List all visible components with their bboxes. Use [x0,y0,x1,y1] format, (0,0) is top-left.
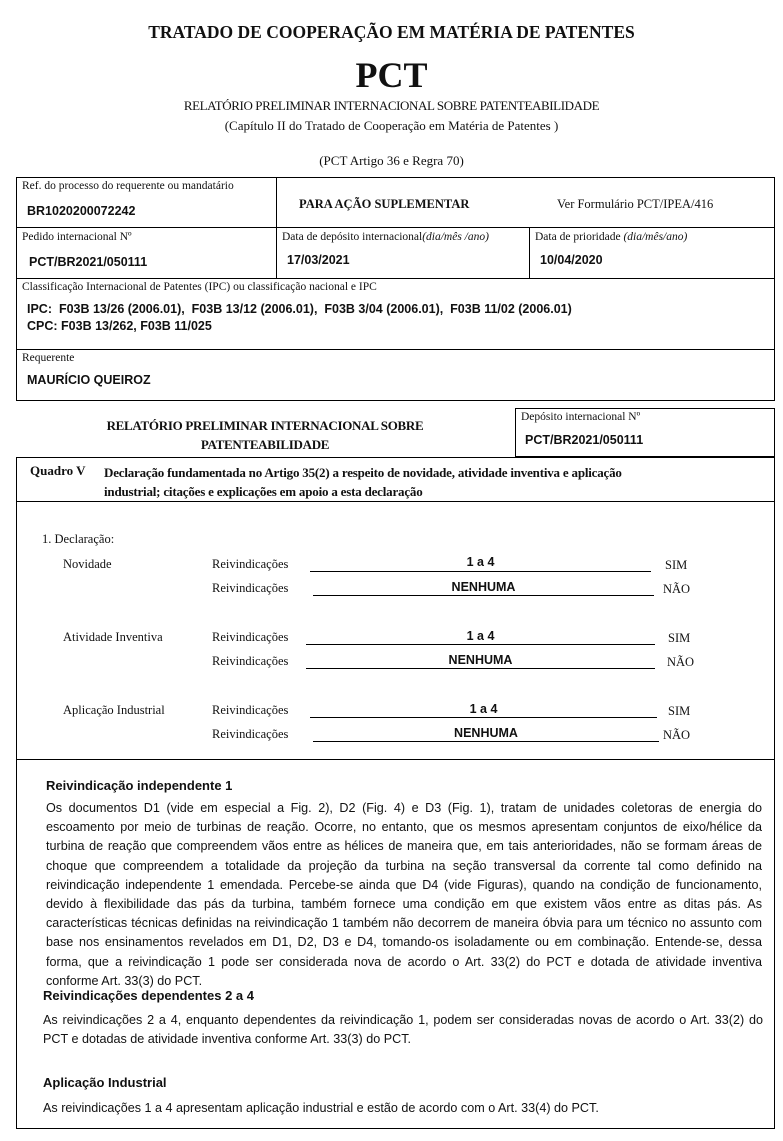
criterion-novidade: Novidade [63,557,112,572]
explanation-heading: Aplicação Industrial [43,1075,167,1090]
action-label: PARA AÇÃO SUPLEMENTAR [299,197,469,212]
deposit-value: PCT/BR2021/050111 [525,433,643,447]
aplicacao-no-label: NÃO [663,728,690,743]
aplicacao-yes-label: SIM [668,704,690,719]
ipc-codes: IPC: F03B 13/26 (2006.01), F03B 13/12 (2… [27,302,572,316]
claims-line [313,595,654,596]
criterion-aplicacao-industrial: Aplicação Industrial [63,703,165,718]
claims-line [310,571,651,572]
cpc-codes: CPC: F03B 13/262, F03B 11/025 [27,319,212,333]
applicant-label: Requerente [22,352,74,364]
atividade-yes-value: 1 a 4 [306,629,655,643]
claims-line [313,741,659,742]
applicant-value: MAURÍCIO QUEIROZ [27,373,151,387]
action-cell: PARA AÇÃO SUPLEMENTAR Ver Formulário PCT… [276,177,775,228]
see-form-label: Ver Formulário PCT/IPEA/416 [557,197,713,212]
applicant-cell: Requerente MAURÍCIO QUEIROZ [16,349,775,401]
intl-app-value: PCT/BR2021/050111 [29,255,147,269]
declaration-heading: 1. Declaração: [42,532,114,547]
report-title: RELATÓRIO PRELIMINAR INTERNACIONAL SOBRE… [0,98,783,114]
filing-date-value: 17/03/2021 [287,253,350,267]
classification-label: Classificação Internacional de Patentes … [22,281,377,293]
section-report-title: RELATÓRIO PRELIMINAR INTERNACIONAL SOBRE… [20,416,510,454]
ref-label: Ref. do processo do requerente ou mandat… [22,180,234,192]
intl-app-cell: Pedido internacional Nº PCT/BR2021/05011… [16,227,277,279]
declaration-box: 1. Declaração: Novidade Reivindicações 1… [16,501,775,760]
claims-line [310,717,657,718]
box-v-header: Quadro V Declaração fundamentada no Arti… [16,457,775,502]
explanation-text: As reivindicações 2 a 4, enquanto depend… [43,1011,763,1049]
ref-cell: Ref. do processo do requerente ou mandat… [16,177,277,228]
claims-line [306,668,655,669]
atividade-no-value: NENHUMA [306,653,655,667]
claims-label: Reivindicações [212,727,288,742]
explanation-text: Os documentos D1 (vide em especial a Fig… [46,799,762,991]
classification-cell: Classificação Internacional de Patentes … [16,278,775,350]
box-v-label: Quadro V [30,463,86,479]
ref-value: BR1020200072242 [27,204,135,218]
aplicacao-no-value: NENHUMA [313,726,659,740]
explanations-box: Reivindicação independente 1 Os document… [16,759,775,1129]
criterion-atividade-inventiva: Atividade Inventiva [63,630,163,645]
priority-date-label: Data de prioridade (dia/mês/ano) [535,231,687,243]
priority-date-value: 10/04/2020 [540,253,603,267]
filing-date-label: Data de depósito internacional(dia/mês /… [282,231,489,243]
intl-app-label: Pedido internacional Nº [22,231,132,243]
explanation-text: As reivindicações 1 a 4 apresentam aplic… [43,1099,763,1118]
article-reference: (PCT Artigo 36 e Regra 70) [0,153,783,169]
claims-line [306,644,655,645]
claims-label: Reivindicações [212,654,288,669]
explanation-heading: Reivindicação independente 1 [46,778,232,793]
claims-label: Reivindicações [212,630,288,645]
aplicacao-yes-value: 1 a 4 [310,702,657,716]
deposit-label: Depósito internacional Nº [521,411,640,423]
novidade-no-label: NÃO [663,582,690,597]
chapter-subtitle: (Capítulo II do Tratado de Cooperação em… [0,118,783,134]
filing-date-cell: Data de depósito internacional(dia/mês /… [276,227,530,279]
atividade-no-label: NÃO [667,655,694,670]
priority-date-cell: Data de prioridade (dia/mês/ano) 10/04/2… [529,227,775,279]
claims-label: Reivindicações [212,581,288,596]
deposit-number-cell: Depósito internacional Nº PCT/BR2021/050… [515,408,775,457]
claims-label: Reivindicações [212,557,288,572]
pct-title: PCT [0,55,783,95]
treaty-title: TRATADO DE COOPERAÇÃO EM MATÉRIA DE PATE… [0,22,783,43]
explanation-heading: Reivindicações dependentes 2 a 4 [43,988,254,1003]
claims-label: Reivindicações [212,703,288,718]
novidade-no-value: NENHUMA [313,580,654,594]
box-v-title: Declaração fundamentada no Artigo 35(2) … [104,463,622,501]
novidade-yes-value: 1 a 4 [310,555,651,569]
atividade-yes-label: SIM [668,631,690,646]
novidade-yes-label: SIM [665,558,687,573]
